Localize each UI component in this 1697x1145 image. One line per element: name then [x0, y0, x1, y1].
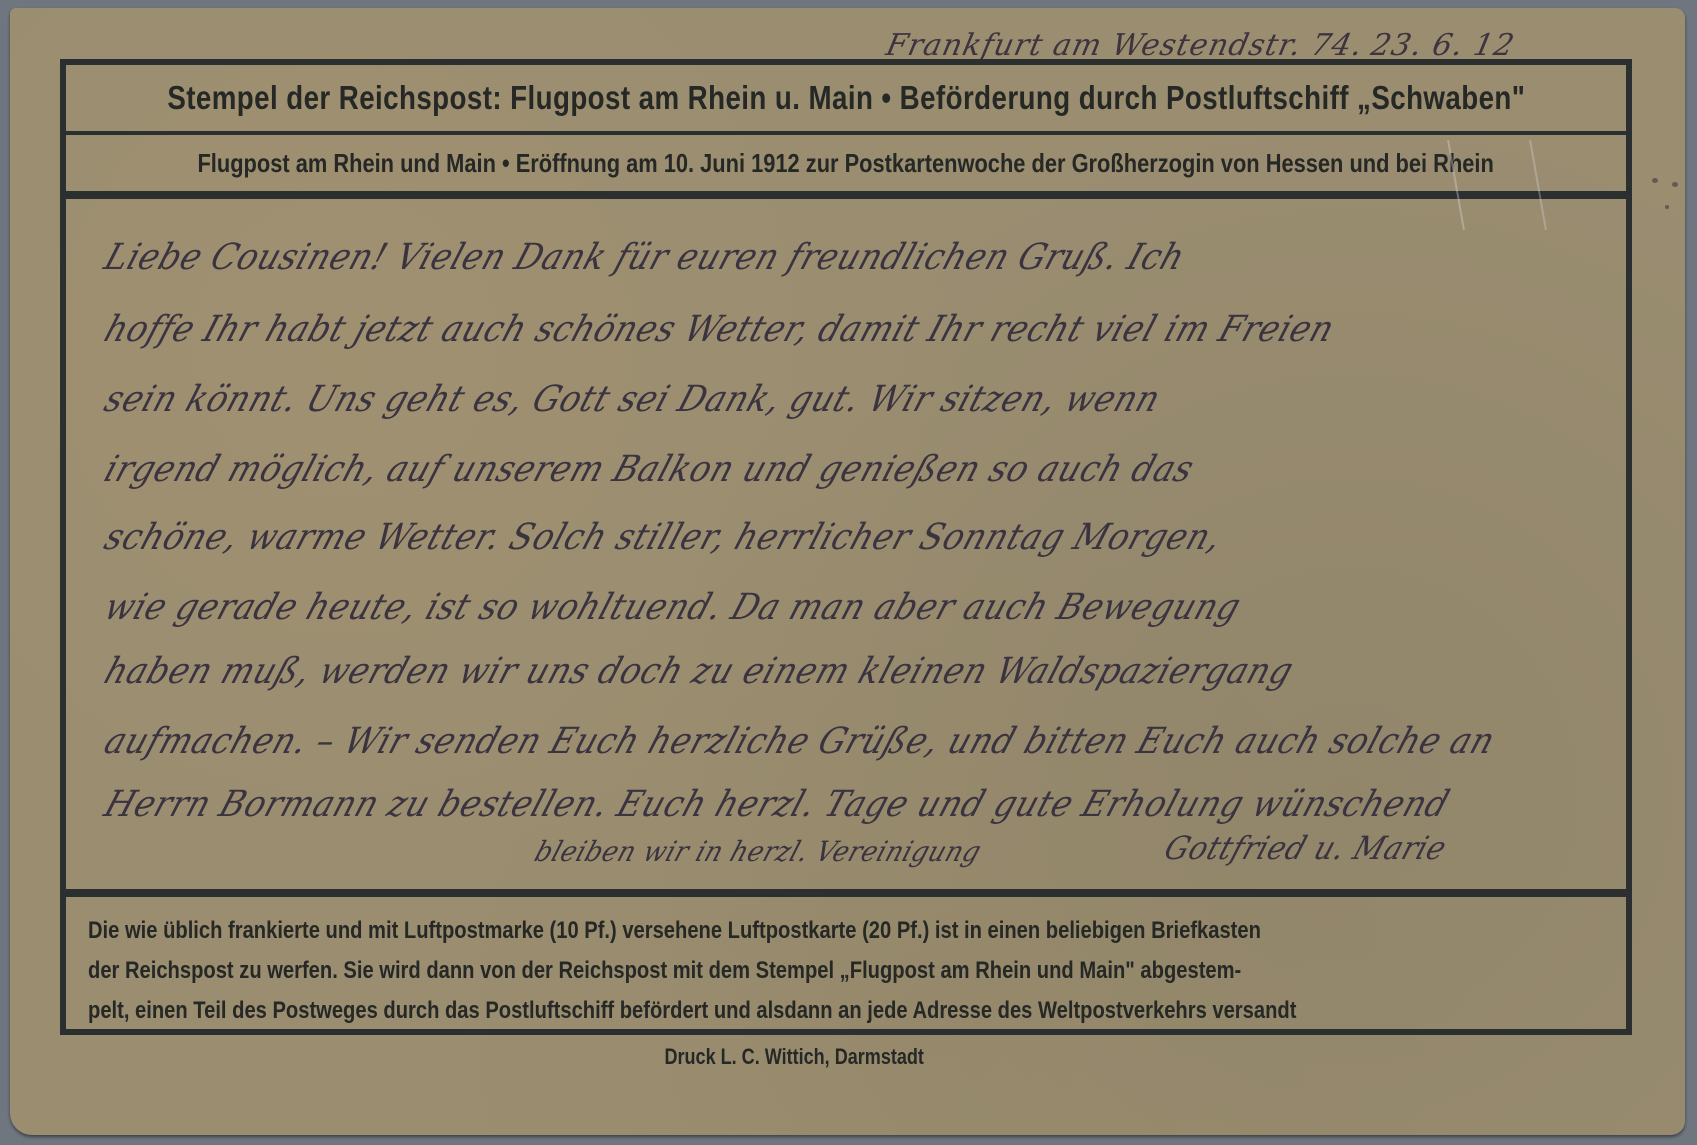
- sender-address: Frankfurt am Westendstr. 74.: [883, 28, 1366, 63]
- letter-line: schöne, warme Wetter. Solch stiller, her…: [99, 517, 1227, 558]
- header-subtitle: Flugpost am Rhein und Main • Eröffnung a…: [198, 148, 1494, 179]
- header-title-row: Stempel der Reichspost: Flugpost am Rhei…: [66, 65, 1626, 135]
- airmail-instructions: Die wie üblich frankierte und mit Luftpo…: [66, 897, 1626, 1035]
- letter-line: Liebe Cousinen! Vielen Dank für euren fr…: [99, 237, 1190, 278]
- ink-speck: [1672, 182, 1678, 187]
- handwritten-letter: Liebe Cousinen! Vielen Dank für euren fr…: [66, 199, 1626, 897]
- letter-line: haben muß, werden wir uns doch zu einem …: [99, 651, 1298, 692]
- letter-signature: Gottfried u. Marie: [1160, 829, 1452, 867]
- instruction-line: der Reichspost zu werfen. Sie wird dann …: [88, 951, 1363, 991]
- printer-credit-text: Druck L. C. Wittich, Darmstadt: [665, 1044, 924, 1070]
- instruction-line: Die wie üblich frankierte und mit Luftpo…: [88, 911, 1363, 951]
- printed-frame: Stempel der Reichspost: Flugpost am Rhei…: [60, 59, 1632, 1035]
- paper-scuff: [1447, 140, 1547, 230]
- letter-line: irgend möglich, auf unserem Balkon und g…: [99, 449, 1199, 490]
- letter-line: wie gerade heute, ist so wohltuend. Da m…: [99, 587, 1246, 628]
- letter-closing: bleiben wir in herzl. Vereinigung: [531, 835, 986, 868]
- header-title: Stempel der Reichspost: Flugpost am Rhei…: [167, 79, 1525, 117]
- letter-line: hoffe Ihr habt jetzt auch schönes Wetter…: [99, 309, 1339, 350]
- header-subtitle-row: Flugpost am Rhein und Main • Eröffnung a…: [66, 135, 1626, 199]
- printer-credit: Druck L. C. Wittich, Darmstadt: [0, 1044, 1697, 1070]
- instruction-line: pelt, einen Teil des Postweges durch das…: [88, 991, 1363, 1031]
- letter-line: sein könnt. Uns geht es, Gott sei Dank, …: [99, 379, 1165, 420]
- letter-line: aufmachen. – Wir senden Euch herzliche G…: [99, 721, 1500, 762]
- ink-speck: [1665, 205, 1669, 209]
- handwritten-date: 23. 6. 12: [1368, 28, 1518, 63]
- ink-speck: [1652, 178, 1658, 183]
- letter-line: Herrn Bormann zu bestellen. Euch herzl. …: [99, 784, 1454, 825]
